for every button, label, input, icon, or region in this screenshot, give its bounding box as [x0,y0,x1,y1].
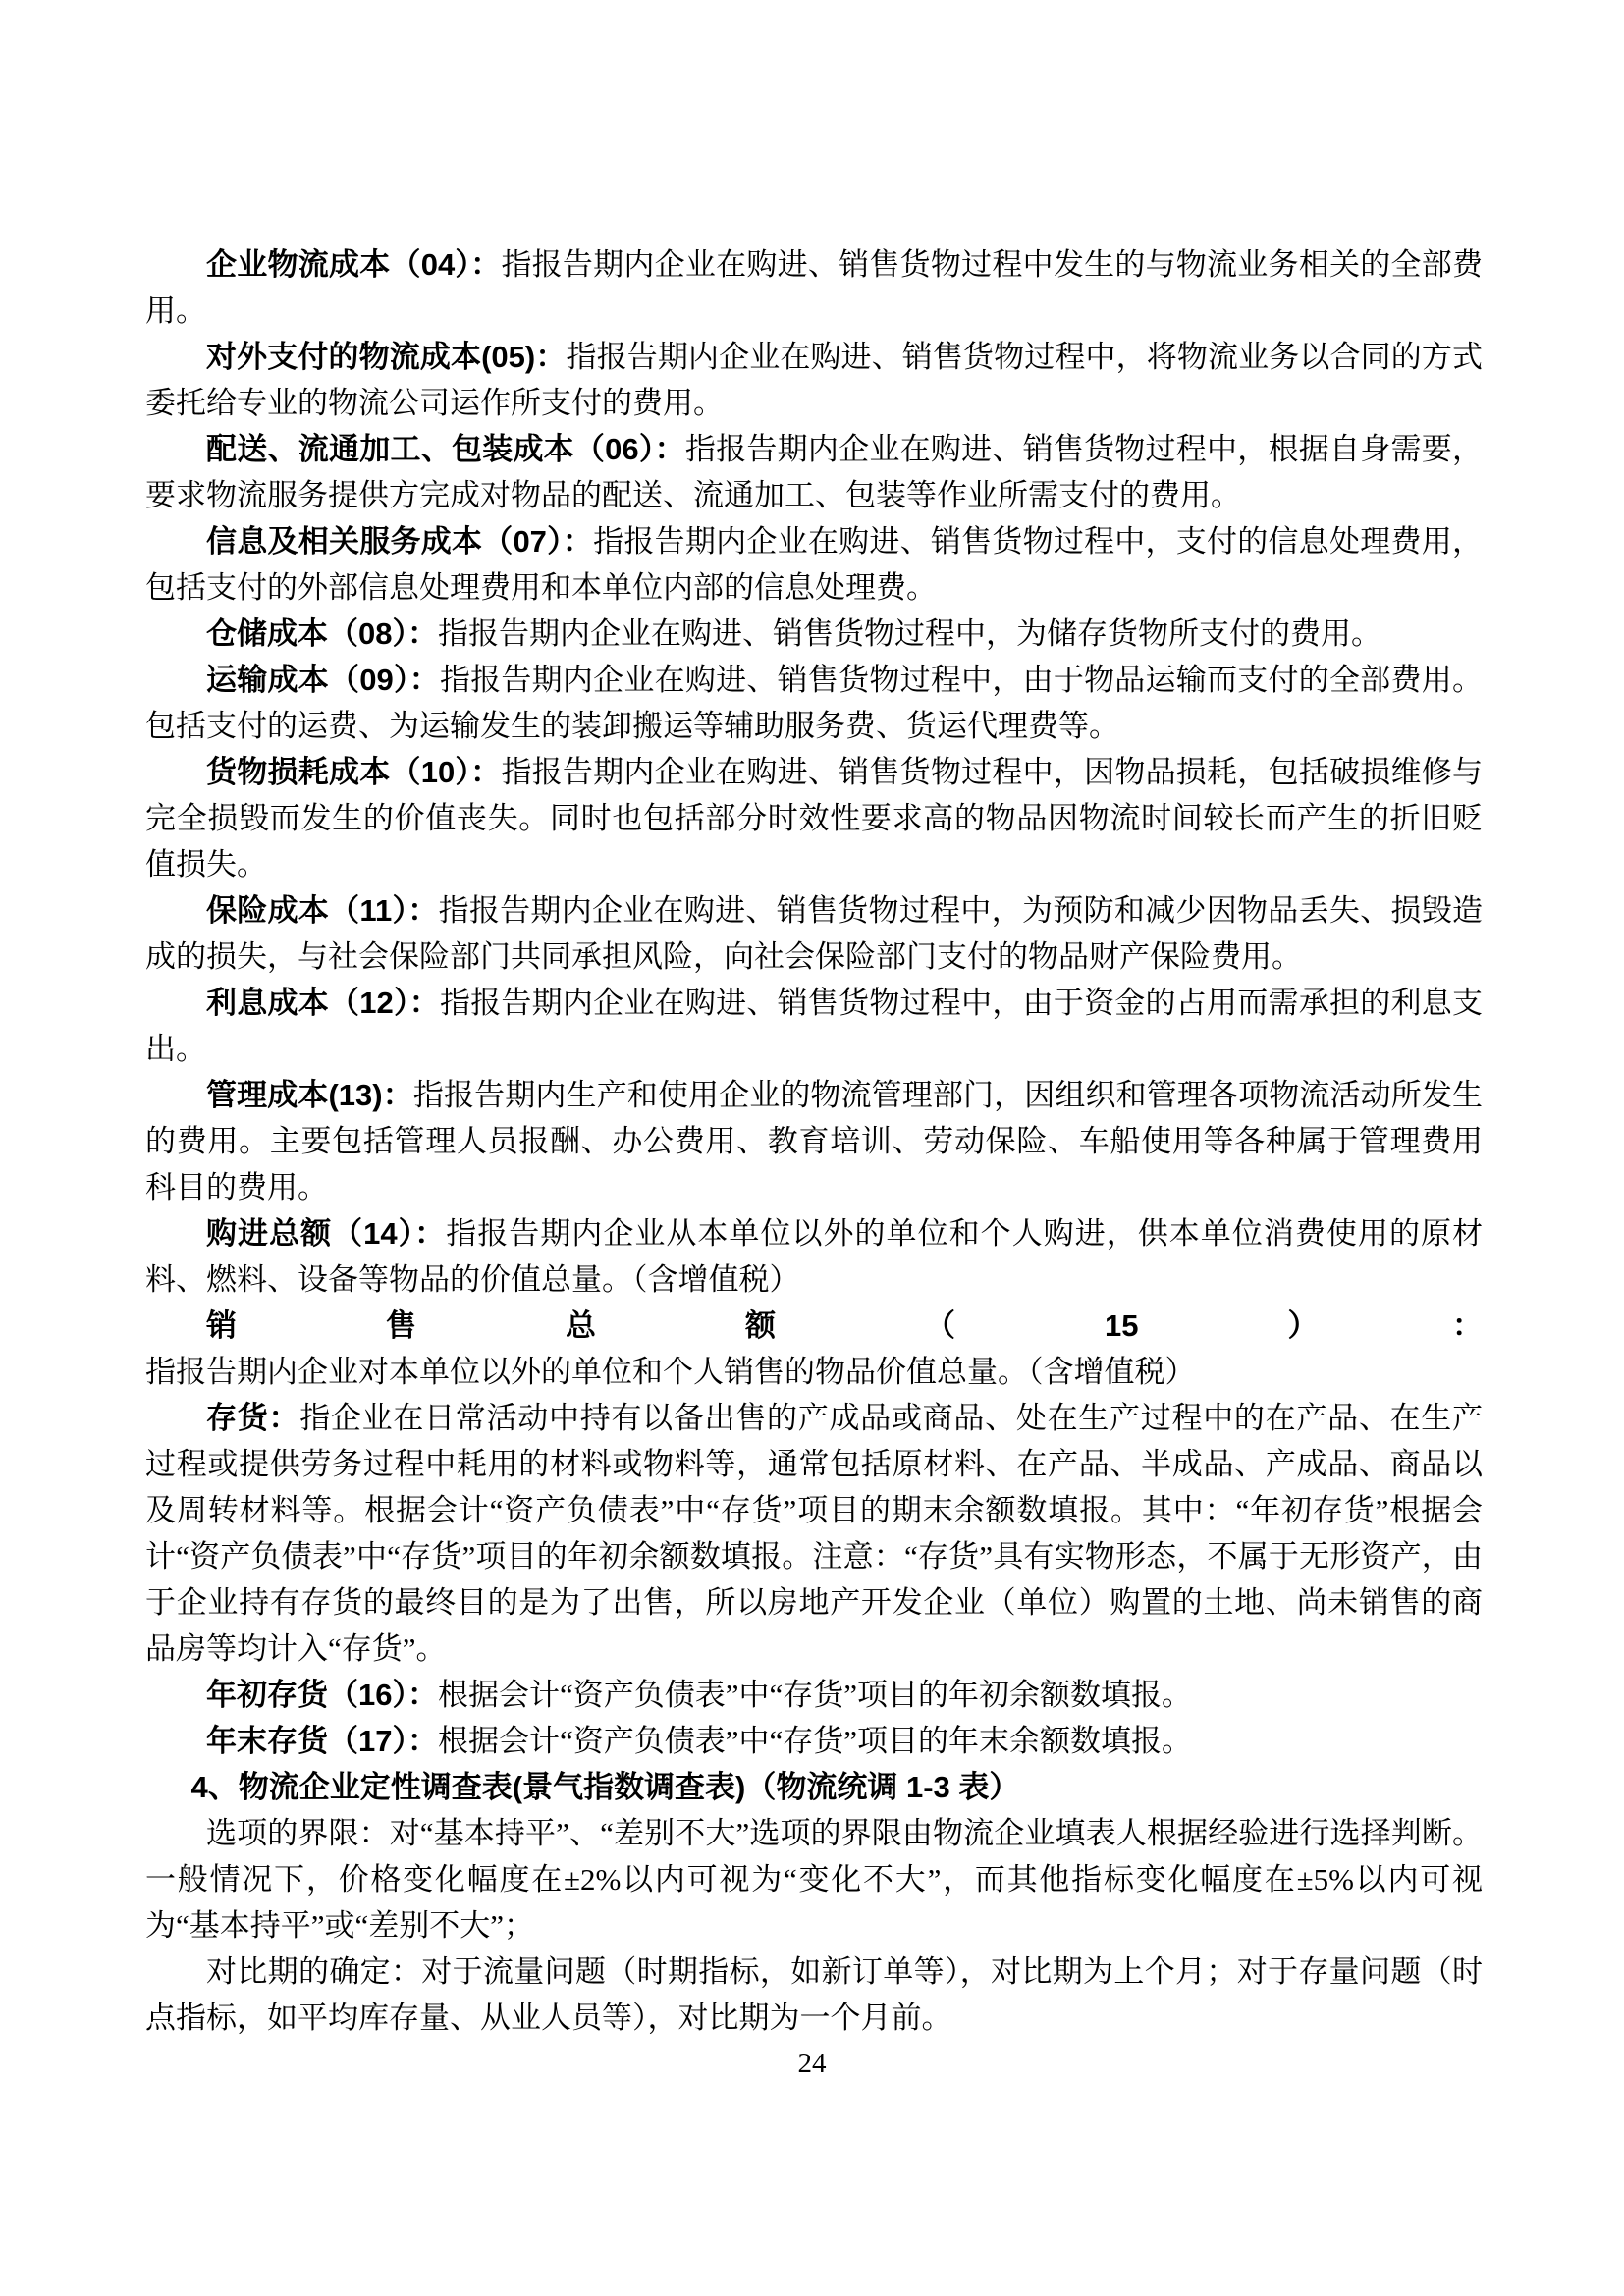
definition-term-10: 货物损耗成本（10）： [206,755,501,789]
definition-body-16: 根据会计“资产负债表”中“存货”项目的年初余额数填报。 [438,1678,1192,1712]
section-heading: 4、物流企业定性调查表(景气指数调查表)（物流统调 1-3 表） [145,1764,1483,1810]
definition-paragraph-08: 仓储成本（08）：指报告期内企业在购进、销售货物过程中，为储存货物所支付的费用。 [145,611,1483,657]
definition-paragraph-17: 年末存货（17）：根据会计“资产负债表”中“存货”项目的年末余额数填报。 [145,1718,1483,1764]
definition-term-12: 利息成本（12）： [206,986,440,1020]
definition-term-11: 保险成本（11）： [206,893,439,928]
page-number: 24 [0,2044,1624,2083]
definition-paragraph-09: 运输成本（09）：指报告期内企业在购进、销售货物过程中，由于物品运输而支付的全部… [145,657,1483,749]
definition-paragraph-inventory: 存货：指企业在日常活动中持有以备出售的产成品或商品、处在生产过程中的在产品、在生… [145,1395,1483,1672]
definition-paragraph-06: 配送、流通加工、包装成本（06）：指报告期内企业在购进、销售货物过程中，根据自身… [145,426,1483,518]
note-paragraph-comparison-period: 对比期的确定：对于流量问题（时期指标，如新订单等），对比期为上个月；对于存量问题… [145,1949,1483,2041]
note-paragraph-option-bounds: 选项的界限：对“基本持平”、“差别不大”选项的界限由物流企业填表人根据经验进行选… [145,1810,1483,1949]
definition-term-08: 仓储成本（08）： [206,616,438,651]
definition-paragraph-11: 保险成本（11）：指报告期内企业在购进、销售货物过程中，为预防和减少因物品丢失、… [145,887,1483,980]
definition-term-13: 管理成本(13)： [206,1078,413,1112]
definition-body-08: 指报告期内企业在购进、销售货物过程中，为储存货物所支付的费用。 [438,616,1381,651]
definition-paragraph-05: 对外支付的物流成本(05)：指报告期内企业在购进、销售货物过程中，将物流业务以合… [145,334,1483,426]
definition-paragraph-13: 管理成本(13)：指报告期内生产和使用企业的物流管理部门，因组织和管理各项物流活… [145,1072,1483,1210]
definition-paragraph-14: 购进总额（14）：指报告期内企业从本单位以外的单位和个人购进，供本单位消费使用的… [145,1210,1483,1303]
definition-term-inventory: 存货： [206,1401,299,1435]
definition-paragraph-07: 信息及相关服务成本（07）：指报告期内企业在购进、销售货物过程中，支付的信息处理… [145,518,1483,611]
definition-term-05: 对外支付的物流成本(05)： [206,340,566,374]
definition-paragraph-10: 货物损耗成本（10）：指报告期内企业在购进、销售货物过程中，因物品损耗，包括破损… [145,749,1483,887]
definition-term-04: 企业物流成本（04）： [206,247,501,282]
definition-term-17: 年末存货（17）： [206,1724,438,1758]
definition-term-09: 运输成本（09）： [206,663,440,697]
definition-term-06: 配送、流通加工、包装成本（06）： [206,432,685,466]
definition-body-15: 指报告期内企业对本单位以外的单位和个人销售的物品价值总量。（含增值税） [145,1355,1196,1389]
definition-paragraph-15: 销售总额（15）：指报告期内企业对本单位以外的单位和个人销售的物品价值总量。（含… [145,1303,1483,1395]
definition-body-inventory: 指企业在日常活动中持有以备出售的产成品或商品、处在生产过程中的在产品、在生产过程… [145,1401,1483,1666]
definition-paragraph-16: 年初存货（16）：根据会计“资产负债表”中“存货”项目的年初余额数填报。 [145,1672,1483,1718]
definition-paragraph-12: 利息成本（12）：指报告期内企业在购进、销售货物过程中，由于资金的占用而需承担的… [145,980,1483,1072]
definition-term-15: 销售总额（15）： [206,1308,1483,1343]
definition-term-14: 购进总额（14）： [206,1216,446,1251]
definition-term-07: 信息及相关服务成本（07）： [206,524,593,559]
definition-term-16: 年初存货（16）： [206,1678,438,1712]
definition-paragraph-04: 企业物流成本（04）：指报告期内企业在购进、销售货物过程中发生的与物流业务相关的… [145,241,1483,334]
definition-body-17: 根据会计“资产负债表”中“存货”项目的年末余额数填报。 [438,1724,1192,1758]
document-page: 企业物流成本（04）：指报告期内企业在购进、销售货物过程中发生的与物流业务相关的… [0,0,1624,2296]
